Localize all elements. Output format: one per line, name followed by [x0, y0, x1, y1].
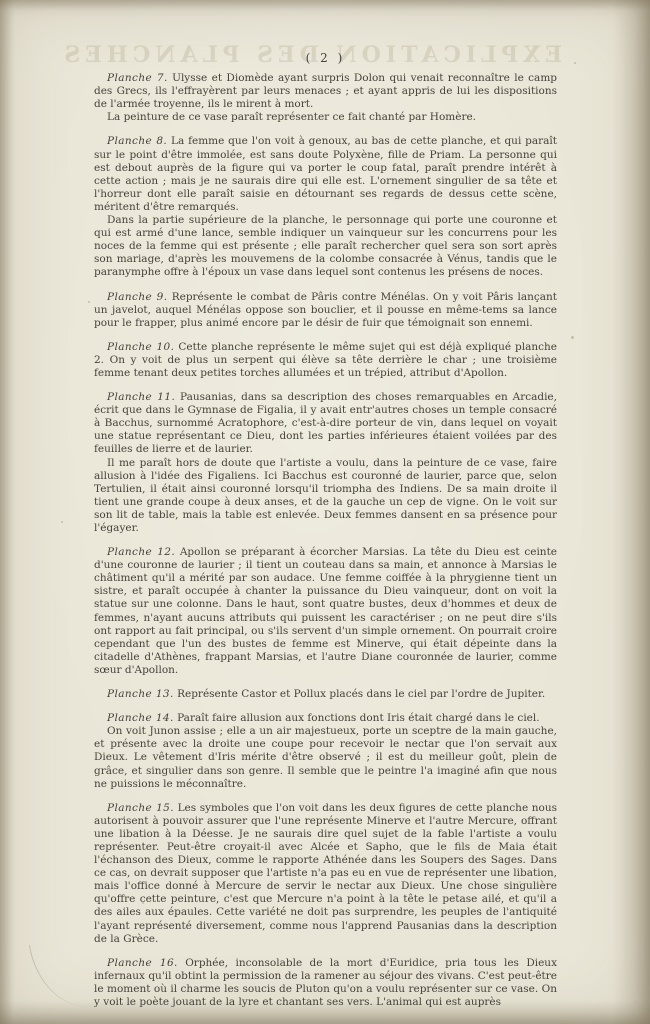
plate-paragraph: Planche 15. Les symboles que l'on voit d…	[94, 802, 557, 946]
plate-paragraph: Planche 8. La femme que l'on voit à geno…	[94, 135, 557, 214]
plate-paragraph: La peinture de ce vase paraît représente…	[94, 111, 557, 124]
plate-entry: Planche 14. Paraît faire allusion aux fo…	[94, 712, 557, 791]
plate-paragraph: Planche 11. Pausanias, dans sa descripti…	[94, 391, 557, 456]
plate-paragraph: Planche 9. Représente le combat de Pâris…	[94, 291, 557, 330]
plate-entry: Planche 12. Apollon se préparant à écorc…	[94, 546, 557, 677]
plate-label: Planche 7.	[107, 72, 168, 84]
plate-paragraph: Planche 14. Paraît faire allusion aux fo…	[94, 712, 557, 725]
plate-paragraph: Il me paraît hors de doute que l'artiste…	[94, 457, 557, 536]
page-number: ( 2 )	[94, 52, 557, 65]
page-corner-curl	[29, 936, 98, 1014]
plate-label: Planche 16.	[107, 957, 178, 969]
page-content: ( 2 ) Planche 7. Ulysse et Diomède ayant…	[94, 52, 557, 1009]
plate-entry: Planche 7. Ulysse et Diomède ayant surpr…	[94, 72, 557, 124]
plate-entry: Planche 10. Cette planche représente le …	[94, 341, 557, 380]
page-background: EXPLICATION DES PLANCHES ( 2 ) Planche 7…	[0, 0, 650, 1024]
plate-paragraph: Planche 16. Orphée, inconsolable de la m…	[94, 957, 557, 1009]
plate-entry: Planche 15. Les symboles que l'on voit d…	[94, 802, 557, 946]
plate-entry: Planche 16. Orphée, inconsolable de la m…	[94, 957, 557, 1009]
plate-paragraph: Planche 12. Apollon se préparant à écorc…	[94, 546, 557, 677]
paper-speck	[574, 62, 576, 64]
plate-paragraph: On voit Junon assise ; elle a un air maj…	[94, 725, 557, 790]
plate-label: Planche 14.	[107, 712, 174, 724]
plate-entries: Planche 7. Ulysse et Diomède ayant surpr…	[94, 72, 557, 1009]
paper-speck	[88, 301, 90, 303]
plate-paragraph: Planche 10. Cette planche représente le …	[94, 341, 557, 380]
plate-paragraph: Dans la partie supérieure de la planche,…	[94, 214, 557, 279]
plate-label: Planche 13.	[107, 688, 174, 700]
paper-speck	[571, 336, 574, 339]
plate-label: Planche 15.	[107, 802, 174, 814]
paper-speck	[61, 521, 63, 523]
plate-label: Planche 11.	[107, 391, 175, 403]
plate-entry: Planche 8. La femme que l'on voit à geno…	[94, 135, 557, 279]
plate-paragraph: Planche 13. Représente Castor et Pollux …	[94, 688, 557, 701]
plate-label: Planche 12.	[107, 546, 175, 558]
plate-entry: Planche 11. Pausanias, dans sa descripti…	[94, 391, 557, 535]
plate-entry: Planche 13. Représente Castor et Pollux …	[94, 688, 557, 701]
plate-paragraph: Planche 7. Ulysse et Diomède ayant surpr…	[94, 72, 557, 111]
plate-label: Planche 9.	[107, 291, 168, 303]
plate-entry: Planche 9. Représente le combat de Pâris…	[94, 291, 557, 330]
plate-label: Planche 10.	[107, 341, 174, 353]
plate-label: Planche 8.	[107, 135, 167, 147]
